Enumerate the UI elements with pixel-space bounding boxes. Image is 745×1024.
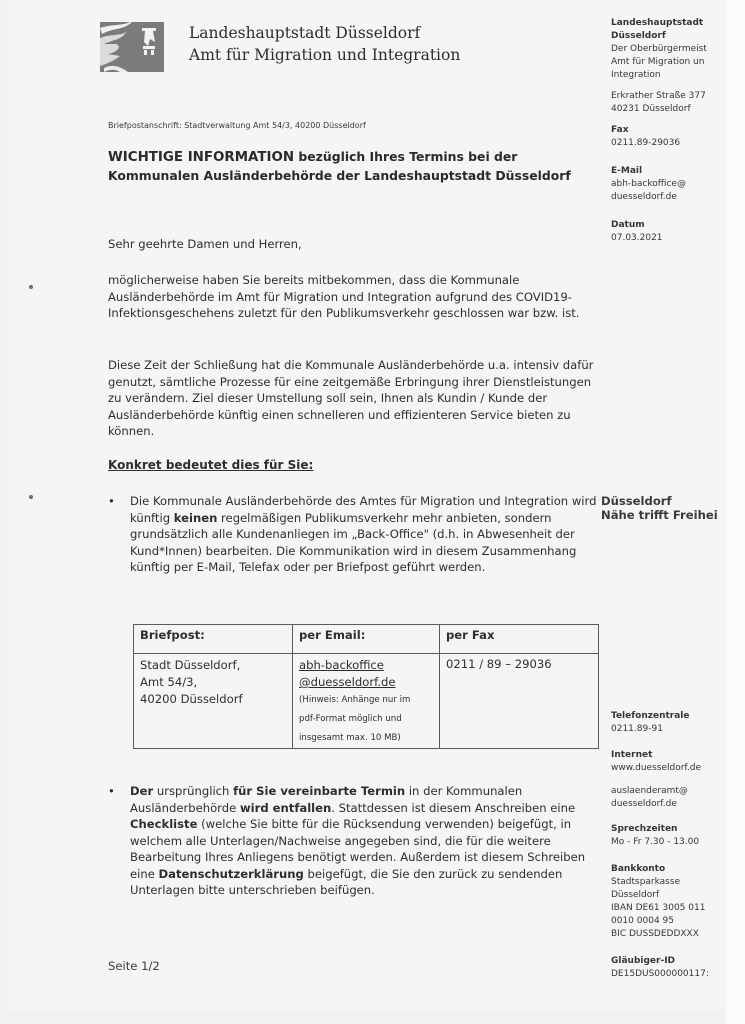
cell-fax: 0211 / 89 – 29036 bbox=[440, 654, 599, 749]
sidebar-phone: Telefonzentrale 0211.89-91 bbox=[611, 710, 729, 736]
subject-line1: bezüglich Ihres Termins bei der bbox=[294, 149, 517, 164]
bullet-text: Der ursprünglich für Sie vereinbarte Ter… bbox=[130, 783, 602, 899]
contact-channels-table: Briefpost: per Email: per Fax Stadt Düss… bbox=[133, 624, 599, 749]
subject-line2: Kommunalen Ausländerbehörde der Landesha… bbox=[108, 168, 571, 183]
sidebar-internet: Internet www.duesseldorf.de bbox=[611, 749, 729, 775]
email-link[interactable]: abh-backoffice @duesseldorf.de bbox=[299, 657, 433, 691]
sidebar-fax: Fax 0211.89-29036 bbox=[611, 124, 729, 150]
table-header-row: Briefpost: per Email: per Fax bbox=[134, 625, 599, 654]
section-heading: Konkret bedeutet dies für Sie: bbox=[108, 458, 313, 472]
org-name: Landeshauptstadt Düsseldorf bbox=[189, 22, 460, 44]
org-department: Amt für Migration und Integration bbox=[189, 44, 460, 66]
subject-emphasis: WICHTIGE INFORMATION bbox=[108, 150, 294, 165]
sender-address-line: Briefpostanschrift: Stadtverwaltung Amt … bbox=[108, 121, 366, 130]
city-slogan: Düsseldorf Nähe trifft Freihei bbox=[601, 494, 718, 522]
sidebar-date: Datum 07.03.2021 bbox=[611, 219, 729, 245]
header-email: per Email: bbox=[293, 625, 440, 654]
cell-briefpost: Stadt Düsseldorf, Amt 54/3, 40200 Düssel… bbox=[134, 654, 293, 749]
header-briefpost: Briefpost: bbox=[134, 625, 293, 654]
sidebar-email-link[interactable]: abh-backoffice@ duesseldorf.de bbox=[611, 178, 729, 204]
letter-subject: WICHTIGE INFORMATION bezüglich Ihres Ter… bbox=[108, 148, 588, 185]
punch-mark bbox=[29, 495, 33, 499]
bullet-icon: • bbox=[108, 783, 115, 800]
punch-mark bbox=[29, 285, 33, 289]
bullet-text: Die Kommunale Ausländerbehörde des Amtes… bbox=[130, 493, 602, 576]
duesseldorf-logo-icon bbox=[100, 22, 164, 72]
sidebar-org: Landeshauptstadt Düsseldorf Der Oberbürg… bbox=[611, 17, 729, 82]
page-number: Seite 1/2 bbox=[108, 959, 160, 973]
website-link[interactable]: www.duesseldorf.de bbox=[611, 762, 729, 775]
sidebar-email: E-Mail abh-backoffice@ duesseldorf.de bbox=[611, 165, 729, 204]
bullet-icon: • bbox=[108, 493, 115, 510]
paragraph-intro: möglicherweise haben Sie bereits mitbeko… bbox=[108, 272, 603, 322]
header-fax: per Fax bbox=[440, 625, 599, 654]
sidebar-creditor-id: Gläubiger-ID DE15DUS000000117: bbox=[611, 955, 729, 981]
email-hint: (Hinweis: Anhänge nur im pdf-Format mögl… bbox=[299, 691, 433, 748]
organization-header: Landeshauptstadt Düsseldorf Amt für Migr… bbox=[189, 22, 460, 66]
salutation: Sehr geehrte Damen und Herren, bbox=[108, 236, 603, 253]
sidebar-hours: Sprechzeiten Mo - Fr 7.30 - 13.00 bbox=[611, 823, 729, 849]
sidebar-bank: Bankkonto Stadtsparkasse Düsseldorf IBAN… bbox=[611, 863, 729, 941]
sidebar-office-email[interactable]: auslaenderamt@ duesseldorf.de bbox=[611, 785, 729, 811]
paragraph-purpose: Diese Zeit der Schließung hat die Kommun… bbox=[108, 357, 603, 440]
table-row: Stadt Düsseldorf, Amt 54/3, 40200 Düssel… bbox=[134, 654, 599, 749]
cell-email: abh-backoffice @duesseldorf.de (Hinweis:… bbox=[293, 654, 440, 749]
sidebar-address: Erkrather Straße 377 40231 Düsseldorf bbox=[611, 90, 729, 116]
